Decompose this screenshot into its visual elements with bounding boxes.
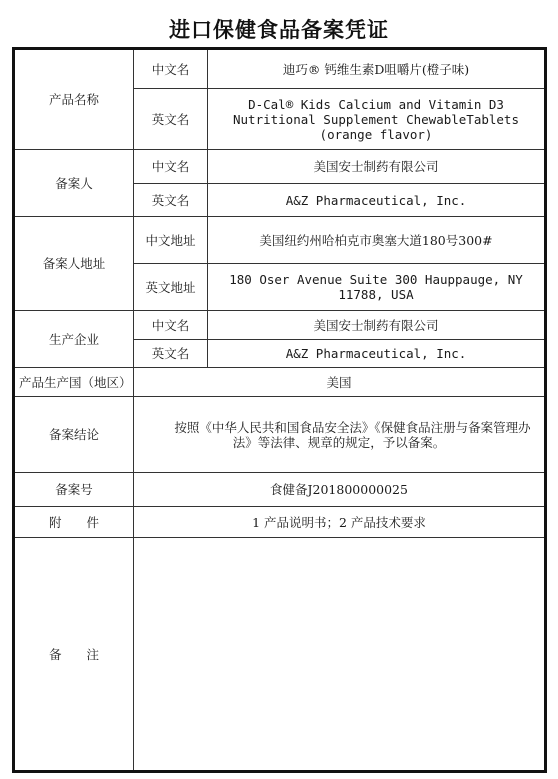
conclusion-label: 备案结论 xyxy=(14,397,134,473)
origin-row: 产品生产国（地区） 美国 xyxy=(14,368,546,397)
address-label: 备案人地址 xyxy=(14,217,134,311)
product-name-en-label: 英文名 xyxy=(134,89,208,150)
product-name-cn-row: 产品名称 中文名 迪巧® 钙维生素D咀嚼片(橙子味) xyxy=(14,49,546,89)
registration-no-label: 备案号 xyxy=(14,473,134,507)
manufacturer-cn-label: 中文名 xyxy=(134,311,208,340)
address-en-label: 英文地址 xyxy=(134,264,208,311)
registrant-en-value: A&Z Pharmaceutical, Inc. xyxy=(208,184,546,217)
manufacturer-en-label: 英文名 xyxy=(134,340,208,368)
remarks-label: 备 注 xyxy=(14,538,134,772)
registrant-cn-row: 备案人 中文名 美国安士制药有限公司 xyxy=(14,150,546,184)
origin-value: 美国 xyxy=(134,368,546,397)
conclusion-value: 按照《中华人民共和国食品安全法》《保健食品注册与备案管理办法》等法律、规章的规定… xyxy=(134,397,546,473)
conclusion-text: 按照《中华人民共和国食品安全法》《保健食品注册与备案管理办法》等法律、规章的规定… xyxy=(174,420,530,450)
product-name-cn-label: 中文名 xyxy=(134,49,208,89)
certificate-table: 产品名称 中文名 迪巧® 钙维生素D咀嚼片(橙子味) 英文名 D-Cal® Ki… xyxy=(12,47,547,773)
registrant-cn-value: 美国安士制药有限公司 xyxy=(208,150,546,184)
address-cn-row: 备案人地址 中文地址 美国纽约州哈柏克市奥塞大道180号300# xyxy=(14,217,546,264)
attachments-value: 1 产品说明书；2 产品技术要求 xyxy=(134,507,546,538)
document-title: 进口保健食品备案凭证 xyxy=(0,14,558,44)
manufacturer-cn-value: 美国安士制药有限公司 xyxy=(208,311,546,340)
registrant-en-label: 英文名 xyxy=(134,184,208,217)
manufacturer-en-value: A&Z Pharmaceutical, Inc. xyxy=(208,340,546,368)
registrant-cn-label: 中文名 xyxy=(134,150,208,184)
registrant-label: 备案人 xyxy=(14,150,134,217)
registration-no-value: 食健备J201800000025 xyxy=(134,473,546,507)
origin-label: 产品生产国（地区） xyxy=(14,368,134,397)
product-name-en-value: D-Cal® Kids Calcium and Vitamin D3 Nutri… xyxy=(208,89,546,150)
address-en-value: 180 Oser Avenue Suite 300 Hauppauge, NY … xyxy=(208,264,546,311)
remarks-row: 备 注 xyxy=(14,538,546,772)
manufacturer-label: 生产企业 xyxy=(14,311,134,368)
conclusion-row: 备案结论 按照《中华人民共和国食品安全法》《保健食品注册与备案管理办法》等法律、… xyxy=(14,397,546,473)
remarks-value xyxy=(134,538,546,772)
attachments-row: 附 件 1 产品说明书；2 产品技术要求 xyxy=(14,507,546,538)
attachments-label: 附 件 xyxy=(14,507,134,538)
registration-no-row: 备案号 食健备J201800000025 xyxy=(14,473,546,507)
manufacturer-cn-row: 生产企业 中文名 美国安士制药有限公司 xyxy=(14,311,546,340)
product-name-label: 产品名称 xyxy=(14,49,134,150)
address-cn-value: 美国纽约州哈柏克市奥塞大道180号300# xyxy=(208,217,546,264)
address-cn-label: 中文地址 xyxy=(134,217,208,264)
product-name-cn-value: 迪巧® 钙维生素D咀嚼片(橙子味) xyxy=(208,49,546,89)
